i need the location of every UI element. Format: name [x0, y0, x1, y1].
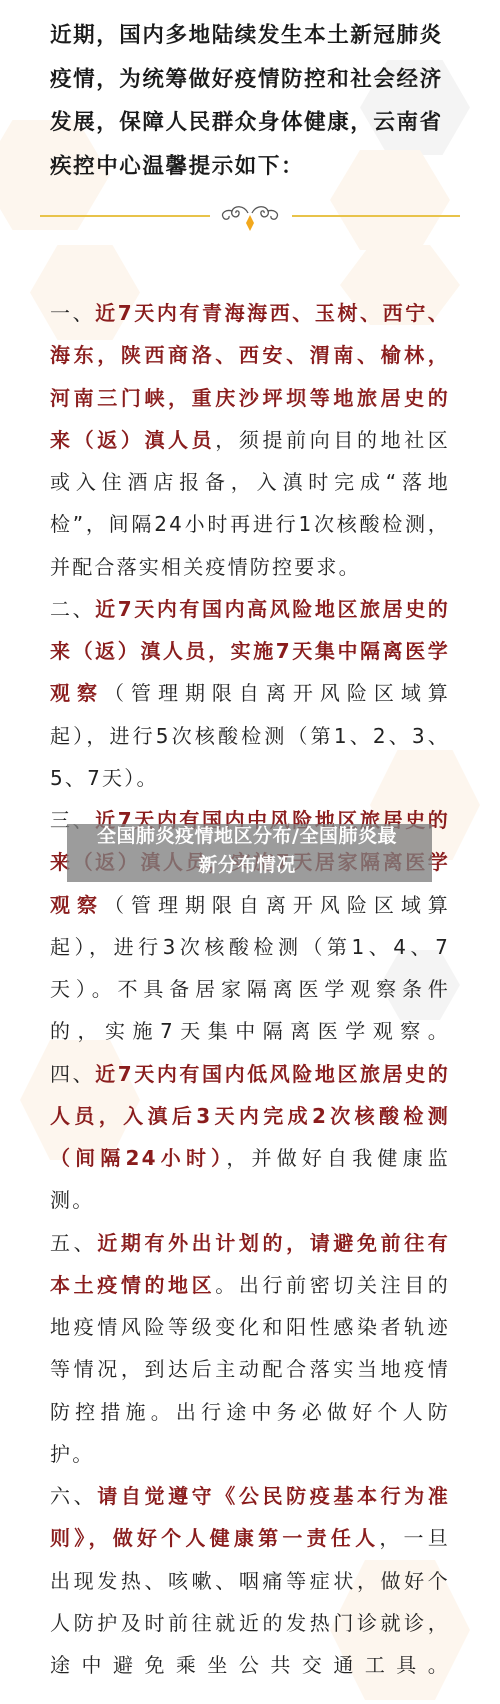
- section-5-line: 五、近期有外出计划的，请避免前往有: [50, 1222, 450, 1264]
- emphasis-text: 近7天内有青海海西、玉树、西宁、: [95, 301, 450, 325]
- caption-line-1: 全国肺炎疫情地区分布/全国肺炎最: [77, 822, 417, 851]
- section-6-line: 则》，做好个人健康第一责任人，一旦: [50, 1517, 450, 1559]
- section-5-line: 本土疫情的地区。出行前密切关注目的: [50, 1264, 450, 1306]
- section-2-line: 起），进行5次核酸检测（第1、2、3、: [50, 715, 450, 757]
- emphasis-text: 近7天内有国内高风险地区旅居史的: [95, 597, 450, 621]
- section-5-line: 护。: [50, 1433, 450, 1475]
- emphasis-text: 近7天内有国内低风险地区旅居史的: [95, 1062, 450, 1086]
- section-1-line: 河南三门峡，重庆沙坪坝等地旅居史的: [50, 377, 450, 419]
- section-6-line: 途中避免乘坐公共交通工具。: [50, 1644, 450, 1686]
- intro-line: 疫情，为统筹做好疫情防控和社会经济: [50, 58, 450, 102]
- ornamental-divider: [40, 203, 460, 231]
- body-text-segment: 并配合落实相关疫情防控要求。: [50, 555, 361, 579]
- body-text-segment: 出现发热、咳嗽、咽痛等症状，做好个: [50, 1569, 450, 1593]
- section-5-line: 等情况，到达后主动配合落实当地疫情: [50, 1348, 450, 1390]
- notice-body: 一、近7天内有青海海西、玉树、西宁、海东，陕西商洛、西安、渭南、榆林，河南三门峡…: [50, 292, 450, 1686]
- body-text-segment: 检”，间隔24小时再进行1次核酸检测，: [50, 512, 450, 536]
- body-text-segment: 天）。不具备居家隔离医学观察条件: [50, 977, 450, 1001]
- intro-line: 疾控中心温馨提示如下：: [50, 145, 450, 189]
- divider-line-right: [292, 215, 460, 217]
- body-text-segment: 四、: [50, 1062, 95, 1086]
- body-text-segment: 测。: [50, 1188, 94, 1212]
- body-text-segment: 防控措施。出行途中务必做好个人防: [50, 1400, 450, 1424]
- section-4-line: 四、近7天内有国内低风险地区旅居史的: [50, 1053, 450, 1095]
- scroll-ornament-icon: [218, 203, 282, 231]
- section-2-line: 二、近7天内有国内高风险地区旅居史的: [50, 588, 450, 630]
- emphasis-text: 则》，做好个人健康第一责任人: [50, 1526, 379, 1550]
- emphasis-text: 近期有外出计划的，请避免前往有: [97, 1231, 450, 1255]
- section-1-line: 一、近7天内有青海海西、玉树、西宁、: [50, 292, 450, 334]
- emphasis-text: 河南三门峡，重庆沙坪坝等地旅居史的: [50, 386, 450, 410]
- section-1-line: 海东，陕西商洛、西安、渭南、榆林，: [50, 334, 450, 376]
- body-text-segment: 。出行前密切关注目的: [215, 1273, 450, 1297]
- section-4-line: 人员，入滇后3天内完成2次核酸检测: [50, 1095, 450, 1137]
- body-text-segment: 六、: [50, 1484, 97, 1508]
- section-6-line: 出现发热、咳嗽、咽痛等症状，做好个: [50, 1560, 450, 1602]
- body-text-segment: （管理期限自离开风险区域算: [104, 681, 450, 705]
- body-text-segment: 人防护及时前往就近的发热门诊就诊，: [50, 1611, 450, 1635]
- body-text-segment: 途中避免乘坐公共交通工具。: [50, 1653, 450, 1677]
- section-1-line: 或入住酒店报备，入滇时完成“落地: [50, 461, 450, 503]
- emphasis-text: 本土疫情的地区: [50, 1273, 215, 1297]
- body-text-segment: （管理期限自离开风险区域算: [104, 893, 450, 917]
- intro-line: 近期，国内多地陆续发生本土新冠肺炎: [50, 14, 450, 58]
- body-text-segment: 等情况，到达后主动配合落实当地疫情: [50, 1357, 450, 1381]
- body-text-segment: ，并做好自我健康监: [226, 1146, 450, 1170]
- body-text-segment: ，一旦: [379, 1526, 450, 1550]
- section-6-line: 六、请自觉遵守《公民防疫基本行为准: [50, 1475, 450, 1517]
- section-3-line: 起），进行3次核酸检测（第1、4、7: [50, 926, 450, 968]
- section-3-line: 天）。不具备居家隔离医学观察条件: [50, 968, 450, 1010]
- section-4-line: 测。: [50, 1179, 450, 1221]
- section-2-line: 来（返）滇人员，实施7天集中隔离医学: [50, 630, 450, 672]
- body-text-segment: 护。: [50, 1442, 94, 1466]
- emphasis-text: 海东，陕西商洛、西安、渭南、榆林，: [50, 343, 450, 367]
- section-3-line: 观察（管理期限自离开风险区域算: [50, 884, 450, 926]
- body-text-segment: ，须提前向目的地社区: [215, 428, 450, 452]
- section-1-line: 检”，间隔24小时再进行1次核酸检测，: [50, 503, 450, 545]
- section-1-line: 并配合落实相关疫情防控要求。: [50, 546, 450, 588]
- intro-paragraph: 近期，国内多地陆续发生本土新冠肺炎 疫情，为统筹做好疫情防控和社会经济 发展，保…: [50, 14, 450, 188]
- section-2-line: 观察（管理期限自离开风险区域算: [50, 672, 450, 714]
- intro-line: 发展，保障人民群众身体健康，云南省: [50, 101, 450, 145]
- section-1-line: 来（返）滇人员，须提前向目的地社区: [50, 419, 450, 461]
- section-5-line: 防控措施。出行途中务必做好个人防: [50, 1391, 450, 1433]
- emphasis-text: 来（返）滇人员，实施7天集中隔离医学: [50, 639, 450, 663]
- body-text-segment: 5、7天）。: [50, 766, 159, 790]
- caption-line-2: 新分布情况: [77, 851, 417, 880]
- section-2-line: 5、7天）。: [50, 757, 450, 799]
- emphasis-text: 观察: [50, 681, 104, 705]
- body-text-segment: 起），进行3次核酸检测（第1、4、7: [50, 935, 450, 959]
- divider-line-left: [40, 215, 210, 217]
- emphasis-text: 人员，入滇后3天内完成2次核酸检测: [50, 1104, 450, 1128]
- emphasis-text: 来（返）滇人员: [50, 428, 215, 452]
- section-5-line: 地疫情风险等级变化和阳性感染者轨迹: [50, 1306, 450, 1348]
- body-text-segment: 五、: [50, 1231, 97, 1255]
- emphasis-text: （间隔24小时）: [50, 1146, 226, 1170]
- body-text-segment: 的，实施7天集中隔离医学观察。: [50, 1019, 450, 1043]
- caption-banner-text: 全国肺炎疫情地区分布/全国肺炎最 新分布情况: [77, 822, 417, 880]
- body-text-segment: 一、: [50, 301, 95, 325]
- section-6-line: 人防护及时前往就近的发热门诊就诊，: [50, 1602, 450, 1644]
- body-text-segment: 地疫情风险等级变化和阳性感染者轨迹: [50, 1315, 450, 1339]
- notice-page: 近期，国内多地陆续发生本土新冠肺炎 疫情，为统筹做好疫情防控和社会经济 发展，保…: [0, 0, 500, 1704]
- emphasis-text: 请自觉遵守《公民防疫基本行为准: [97, 1484, 450, 1508]
- body-text-segment: 起），进行5次核酸检测（第1、2、3、: [50, 724, 450, 748]
- body-text-segment: 或入住酒店报备，入滇时完成“落地: [50, 470, 450, 494]
- body-text-segment: 二、: [50, 597, 95, 621]
- emphasis-text: 观察: [50, 893, 104, 917]
- section-4-line: （间隔24小时），并做好自我健康监: [50, 1137, 450, 1179]
- section-3-line: 的，实施7天集中隔离医学观察。: [50, 1010, 450, 1052]
